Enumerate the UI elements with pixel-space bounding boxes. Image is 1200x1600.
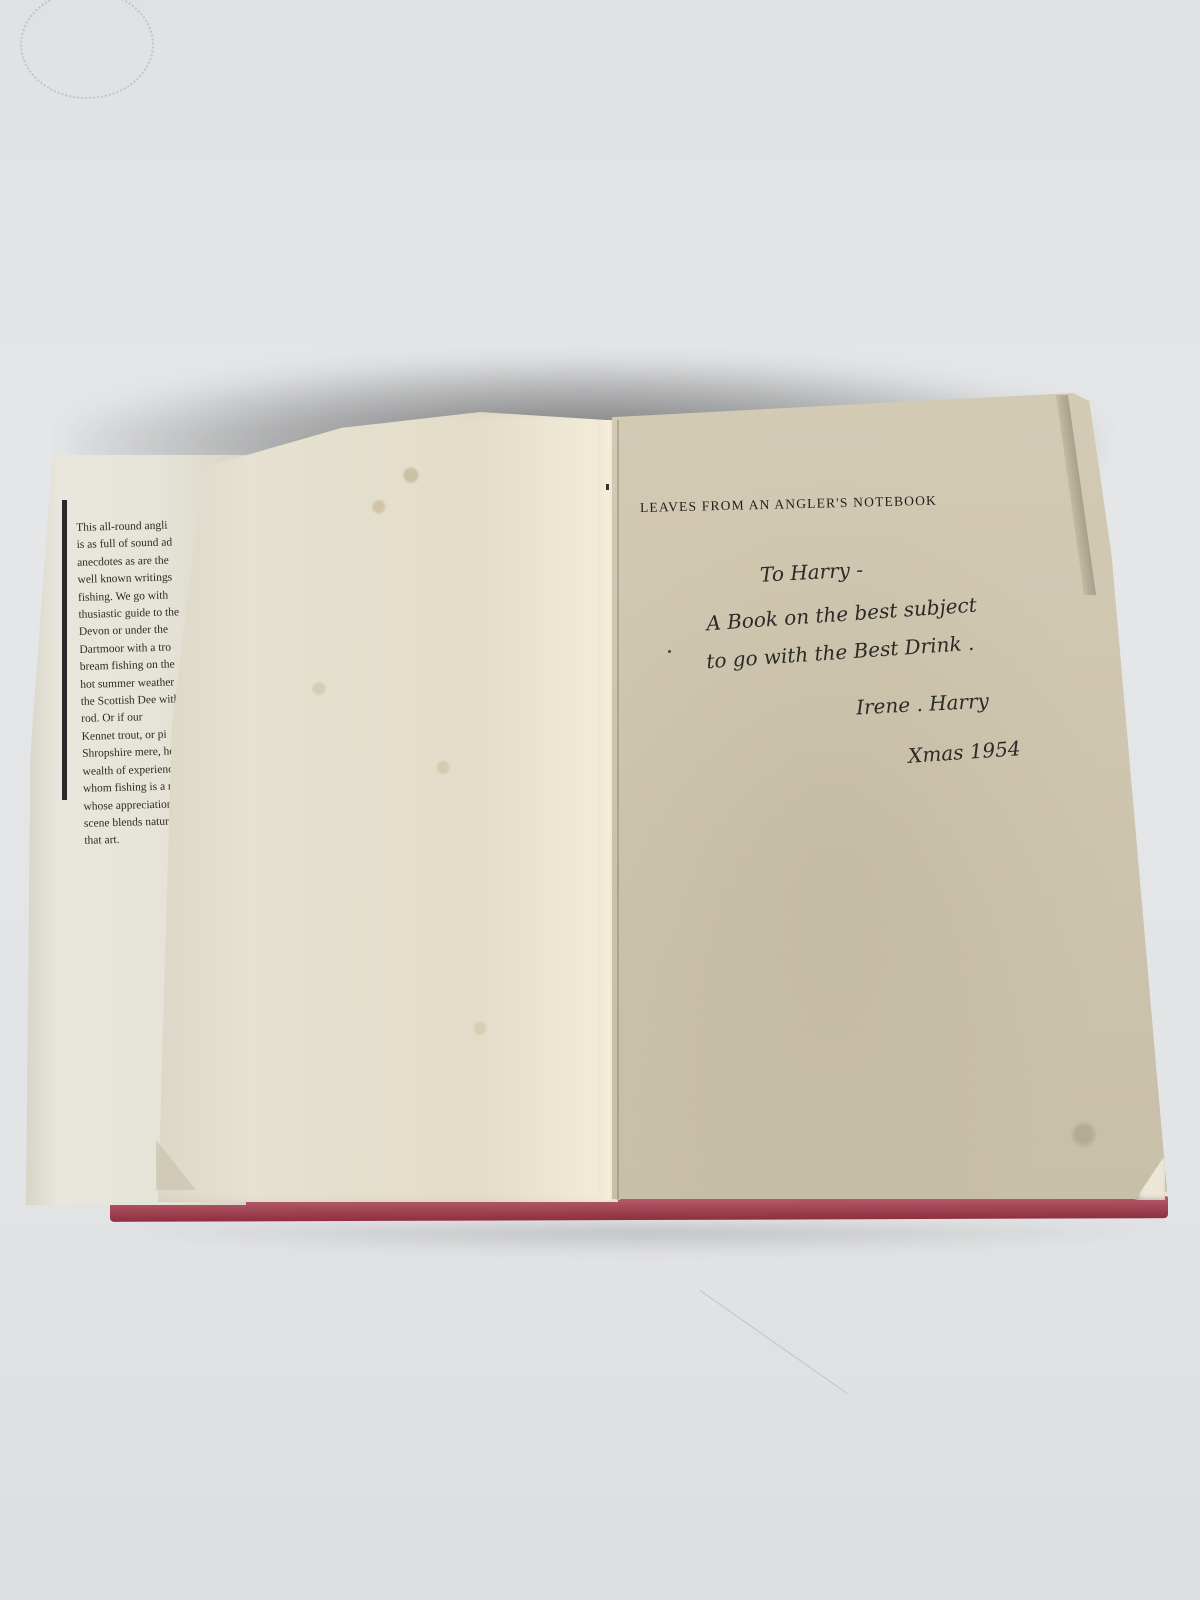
surface-stain (20, 0, 154, 99)
gutter-crease (617, 420, 619, 1200)
free-endpaper (158, 412, 618, 1202)
book-shadow-bottom (100, 1225, 1180, 1255)
ink-dot (668, 650, 671, 653)
page-mark (606, 484, 609, 490)
photo-scene: This all-round angli is as full of sound… (0, 0, 1200, 1600)
jacket-fold-edge (62, 500, 67, 800)
surface-scratch (700, 1290, 848, 1394)
